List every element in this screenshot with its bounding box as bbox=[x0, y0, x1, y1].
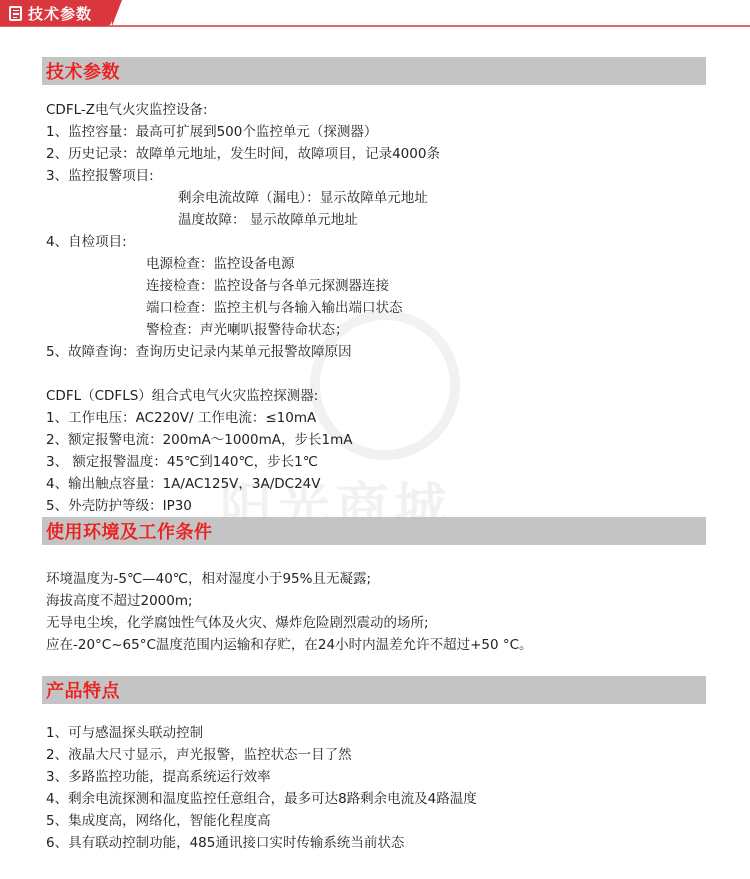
device2-title: CDFL（CDFLS）组合式电气火灾监控探测器: bbox=[46, 385, 318, 407]
section-header-features: 产品特点 bbox=[42, 676, 706, 704]
section-header-tech-params: 技术参数 bbox=[42, 57, 706, 85]
header-tab-label: 技术参数 bbox=[28, 3, 92, 24]
spec-item: 3、 额定报警温度：45℃到140℃，步长1℃ bbox=[46, 451, 318, 473]
env-item: 无导电尘埃，化学腐蚀性气体及火灾、爆炸危险剧烈震动的场所; bbox=[46, 612, 429, 634]
spec-item: 5、故障查询：查询历史记录内某单元报警故障原因 bbox=[46, 341, 352, 363]
spec-item: 3、监控报警项目: bbox=[46, 165, 154, 187]
env-item: 环境温度为-5℃—40℃，相对湿度小于95%且无凝露; bbox=[46, 568, 371, 590]
section-header-environment: 使用环境及工作条件 bbox=[42, 517, 706, 545]
feature-item: 4、剩余电流探测和温度监控任意组合，最多可达8路剩余电流及4路温度 bbox=[46, 788, 477, 810]
header-divider bbox=[0, 25, 750, 27]
spec-subitem: 警检查：声光喇叭报警待命状态； bbox=[146, 319, 349, 341]
spec-item: 5、外壳防护等级：IP30 bbox=[46, 495, 192, 517]
spec-item: 4、输出触点容量：1A/AC125V，3A/DC24V bbox=[46, 473, 321, 495]
feature-item: 6、具有联动控制功能，485通讯接口实时传输系统当前状态 bbox=[46, 832, 404, 854]
env-item: 应在-20°C~65°C温度范围内运输和存贮，在24小时内温差允许不超过+50 … bbox=[46, 634, 533, 656]
feature-item: 2、液晶大尺寸显示，声光报警，监控状态一目了然 bbox=[46, 744, 352, 766]
spec-subitem: 温度故障： 显示故障单元地址 bbox=[178, 209, 358, 231]
spec-item: 2、额定报警电流：200mA～1000mA，步长1mA bbox=[46, 429, 352, 451]
spec-item: 1、监控容量：最高可扩展到500个监控单元（探测器） bbox=[46, 121, 377, 143]
section-title: 产品特点 bbox=[46, 677, 120, 703]
spec-item: 2、历史记录：故障单元地址，发生时间，故障项目，记录4000条 bbox=[46, 143, 440, 165]
spec-subitem: 连接检查：监控设备与各单元探测器连接 bbox=[146, 275, 389, 297]
spec-item: 1、工作电压：AC220V/ 工作电流：≤10mA bbox=[46, 407, 316, 429]
spec-subitem: 剩余电流故障（漏电）：显示故障单元地址 bbox=[178, 187, 428, 209]
feature-item: 5、集成度高，网络化，智能化程度高 bbox=[46, 810, 271, 832]
section-title: 技术参数 bbox=[46, 58, 120, 84]
section-title: 使用环境及工作条件 bbox=[46, 518, 213, 544]
spec-item: 4、自检项目: bbox=[46, 231, 127, 253]
spec-subitem: 端口检查：监控主机与各输入输出端口状态 bbox=[146, 297, 403, 319]
document-list-icon bbox=[9, 6, 22, 21]
spec-subitem: 电源检查：监控设备电源 bbox=[146, 253, 295, 275]
device1-title: CDFL-Z电气火灾监控设备: bbox=[46, 99, 208, 121]
header-tab: 技术参数 bbox=[0, 0, 112, 26]
feature-item: 3、多路监控功能，提高系统运行效率 bbox=[46, 766, 271, 788]
env-item: 海拔高度不超过2000m; bbox=[46, 590, 193, 612]
feature-item: 1、可与感温探头联动控制 bbox=[46, 722, 203, 744]
